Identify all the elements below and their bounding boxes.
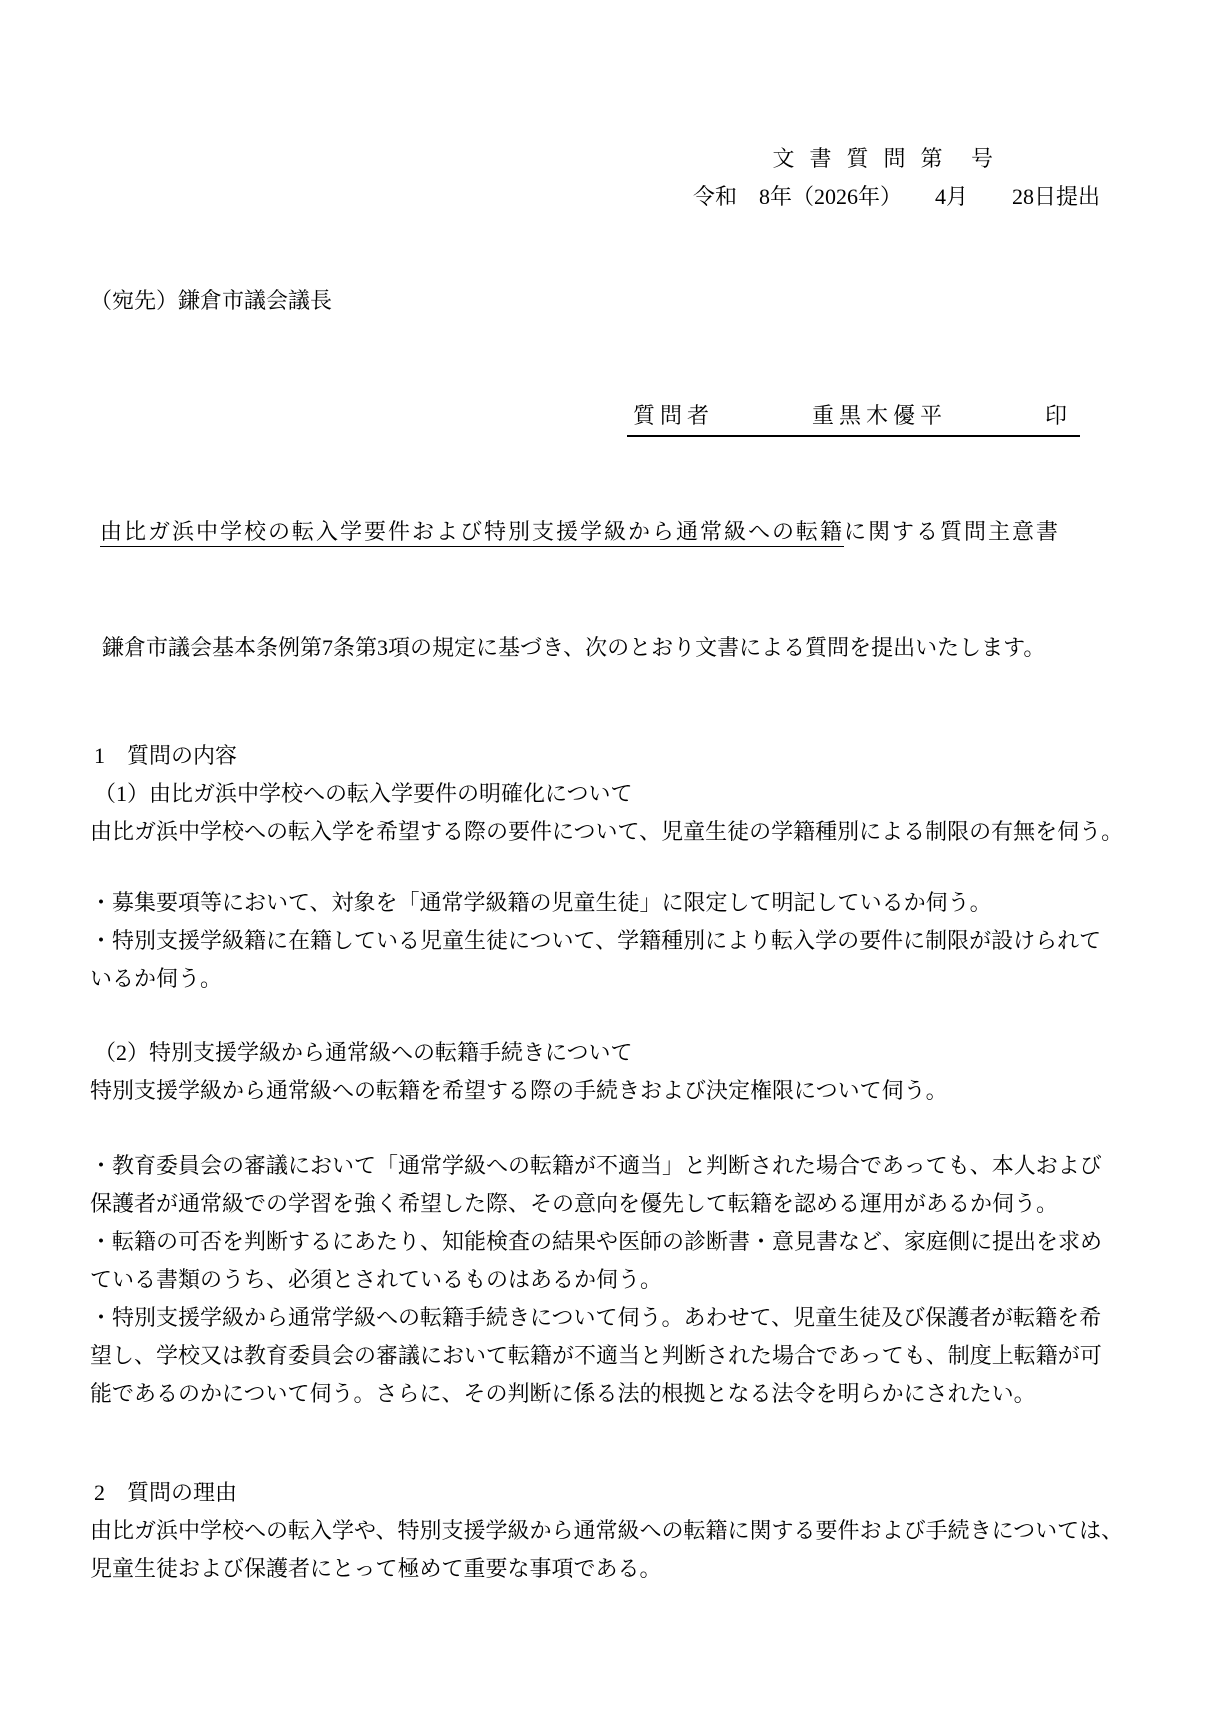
subsection-1-1-lead: 由比ガ浜中学校への転入学を希望する際の要件について、児童生徒の学籍種別による制限… <box>90 813 1124 851</box>
section-2-heading: 2 質問の理由 <box>90 1474 1124 1512</box>
document-page: 文書質問第 号 令和 8年（2026年） 4月 28日提出 （宛先）鎌倉市議会議… <box>0 0 1213 1720</box>
submission-date-line: 令和 8年（2026年） 4月 28日提出 <box>90 178 1100 216</box>
section-1-heading: 1 質問の内容 <box>90 737 1124 775</box>
bullet-line: ・募集要項等において、対象を「通常学級籍の児童生徒」に限定して明記しているか伺う… <box>90 884 1124 922</box>
bullet-line: 望し、学校又は教育委員会の審議において転籍が不適当と判断された場合であっても、制… <box>90 1337 1124 1375</box>
doc-number-suffix: 号 <box>971 146 993 171</box>
bullet-line: 能であるのかについて伺う。さらに、その判断に係る法的根拠となる法令を明らかにされ… <box>90 1375 1124 1413</box>
addressee-line: （宛先）鎌倉市議会議長 <box>90 282 1124 320</box>
subsection-1-1-bullets: ・募集要項等において、対象を「通常学級籍の児童生徒」に限定して明記しているか伺う… <box>90 884 1124 998</box>
reason-line: 由比ガ浜中学校への転入学や、特別支援学級から通常級への転籍に関する要件および手続… <box>90 1512 1124 1550</box>
seal-mark: 印 <box>1045 397 1072 435</box>
questioner-row: 質問者 重黒木優平 印 <box>90 397 1124 437</box>
bullet-line: いるか伺う。 <box>90 960 1124 998</box>
section-2-body: 由比ガ浜中学校への転入学や、特別支援学級から通常級への転籍に関する要件および手続… <box>90 1512 1124 1588</box>
subsection-1-2-lead: 特別支援学級から通常級への転籍を希望する際の手続きおよび決定権限について伺う。 <box>90 1072 1124 1110</box>
title-underlined-text: 由比ガ浜中学校の転入学要件および特別支援学級から通常級への転籍 <box>100 519 844 547</box>
questioner-signature-line: 質問者 重黒木優平 印 <box>627 397 1080 437</box>
subsection-1-1-heading: （1）由比ガ浜中学校への転入学要件の明確化について <box>90 775 1124 813</box>
title-suffix-text: に関する質問主意書 <box>844 519 1060 544</box>
bullet-line: ・特別支援学級から通常学級への転籍手続きについて伺う。あわせて、児童生徒及び保護… <box>90 1299 1124 1337</box>
subsection-1-2-heading: （2）特別支援学級から通常級への転籍手続きについて <box>90 1034 1124 1072</box>
document-title: 由比ガ浜中学校の転入学要件および特別支援学級から通常級への転籍に関する質問主意書 <box>90 513 1124 551</box>
doc-number-line: 文書質問第 号 <box>90 140 1100 178</box>
questioner-label: 質問者 <box>633 397 714 435</box>
subsection-1-2-bullets: ・教育委員会の審議において「通常学級への転籍が不適当」と判断された場合であっても… <box>90 1147 1124 1413</box>
bullet-line: ている書類のうち、必須とされているものはあるか伺う。 <box>90 1261 1124 1299</box>
bullet-line: ・教育委員会の審議において「通常学級への転籍が不適当」と判断された場合であっても… <box>90 1147 1124 1185</box>
reason-line: 児童生徒および保護者にとって極めて重要な事項である。 <box>90 1550 1124 1588</box>
bullet-line: ・特別支援学級籍に在籍している児童生徒について、学籍種別により転入学の要件に制限… <box>90 922 1124 960</box>
document-header: 文書質問第 号 令和 8年（2026年） 4月 28日提出 <box>90 140 1124 216</box>
bullet-line: ・転籍の可否を判断するにあたり、知能検査の結果や医師の診断書・意見書など、家庭側… <box>90 1223 1124 1261</box>
doc-number-prefix: 文書質問第 <box>772 146 957 171</box>
bullet-line: 保護者が通常級での学習を強く希望した際、その意向を優先して転籍を認める運用がある… <box>90 1185 1124 1223</box>
preamble-paragraph: 鎌倉市議会基本条例第7条第3項の規定に基づき、次のとおり文書による質問を提出いた… <box>90 629 1124 667</box>
questioner-name: 重黒木優平 <box>812 397 947 435</box>
